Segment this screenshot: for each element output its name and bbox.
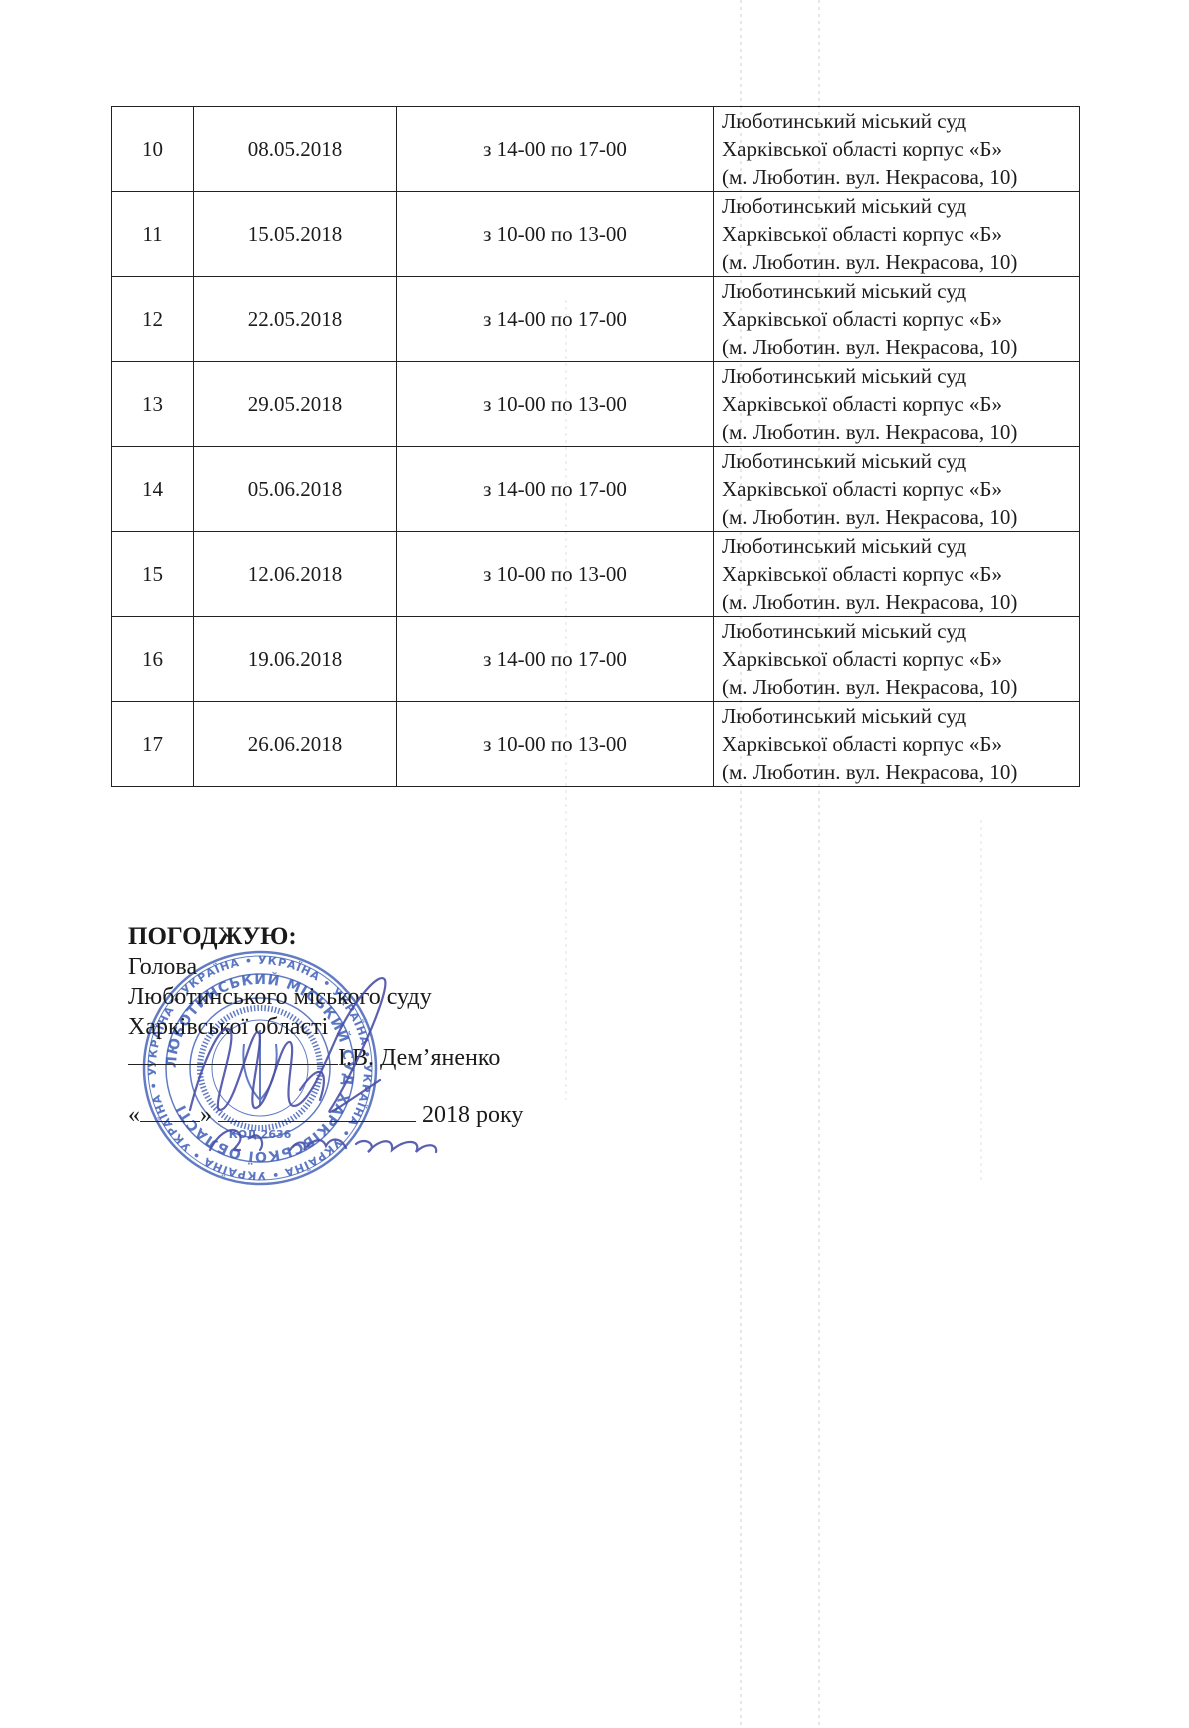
date-year: 2018 року xyxy=(422,1102,523,1128)
row-place: Люботинський міський судХарківської обла… xyxy=(714,617,1080,702)
place-line: Люботинський міський суд xyxy=(722,532,1079,560)
approval-title: ПОГОДЖУЮ: xyxy=(128,922,523,952)
row-time: з 10-00 по 13-00 xyxy=(397,532,714,617)
place-line: Люботинський міський суд xyxy=(722,192,1079,220)
date-open-quote: « xyxy=(128,1102,140,1128)
place-line: Люботинський міський суд xyxy=(722,447,1079,475)
row-place: Люботинський міський судХарківської обла… xyxy=(714,362,1080,447)
row-date: 22.05.2018 xyxy=(194,277,397,362)
signature-line xyxy=(128,1042,338,1065)
row-number: 11 xyxy=(112,192,194,277)
place-line: Люботинський міський суд xyxy=(722,277,1079,305)
row-place: Люботинський міський судХарківської обла… xyxy=(714,107,1080,192)
position-line-1: Голова xyxy=(128,952,523,982)
table-row: 1512.06.2018з 10-00 по 13-00Люботинський… xyxy=(112,532,1080,617)
scan-streak xyxy=(980,820,982,1180)
date-day-line xyxy=(140,1099,200,1122)
place-line: Харківської області корпус «Б» xyxy=(722,560,1079,588)
place-line: (м. Люботин. вул. Некрасова, 10) xyxy=(722,418,1079,446)
row-place: Люботинський міський судХарківської обла… xyxy=(714,702,1080,787)
place-line: (м. Люботин. вул. Некрасова, 10) xyxy=(722,758,1079,786)
place-line: Харківської області корпус «Б» xyxy=(722,135,1079,163)
schedule-body: 1008.05.2018з 14-00 по 17-00Люботинський… xyxy=(112,107,1080,787)
place-line: Харківської області корпус «Б» xyxy=(722,475,1079,503)
approval-block: ПОГОДЖУЮ: Голова Люботинського міського … xyxy=(128,922,523,1130)
row-number: 12 xyxy=(112,277,194,362)
place-line: (м. Люботин. вул. Некрасова, 10) xyxy=(722,588,1079,616)
place-line: (м. Люботин. вул. Некрасова, 10) xyxy=(722,503,1079,531)
row-date: 29.05.2018 xyxy=(194,362,397,447)
place-line: Люботинський міський суд xyxy=(722,702,1079,730)
row-date: 12.06.2018 xyxy=(194,532,397,617)
place-line: (м. Люботин. вул. Некрасова, 10) xyxy=(722,673,1079,701)
place-line: Люботинський міський суд xyxy=(722,107,1079,135)
row-date: 19.06.2018 xyxy=(194,617,397,702)
table-row: 1115.05.2018з 10-00 по 13-00Люботинський… xyxy=(112,192,1080,277)
row-number: 14 xyxy=(112,447,194,532)
table-row: 1405.06.2018з 14-00 по 17-00Люботинський… xyxy=(112,447,1080,532)
row-date: 26.06.2018 xyxy=(194,702,397,787)
row-time: з 14-00 по 17-00 xyxy=(397,107,714,192)
row-place: Люботинський міський судХарківської обла… xyxy=(714,277,1080,362)
place-line: Люботинський міський суд xyxy=(722,362,1079,390)
row-number: 17 xyxy=(112,702,194,787)
table-row: 1222.05.2018з 14-00 по 17-00Люботинський… xyxy=(112,277,1080,362)
place-line: (м. Люботин. вул. Некрасова, 10) xyxy=(722,163,1079,191)
row-date: 15.05.2018 xyxy=(194,192,397,277)
row-number: 15 xyxy=(112,532,194,617)
table-row: 1726.06.2018з 10-00 по 13-00Люботинський… xyxy=(112,702,1080,787)
table-row: 1329.05.2018з 10-00 по 13-00Люботинський… xyxy=(112,362,1080,447)
row-time: з 10-00 по 13-00 xyxy=(397,192,714,277)
row-time: з 14-00 по 17-00 xyxy=(397,617,714,702)
table-row: 1008.05.2018з 14-00 по 17-00Люботинський… xyxy=(112,107,1080,192)
row-number: 16 xyxy=(112,617,194,702)
position-line-2: Люботинського міського суду xyxy=(128,982,523,1012)
place-line: (м. Люботин. вул. Некрасова, 10) xyxy=(722,333,1079,361)
row-time: з 14-00 по 17-00 xyxy=(397,277,714,362)
place-line: Харківської області корпус «Б» xyxy=(722,730,1079,758)
row-place: Люботинський міський судХарківської обла… xyxy=(714,532,1080,617)
place-line: Харківської області корпус «Б» xyxy=(722,645,1079,673)
schedule-table: 1008.05.2018з 14-00 по 17-00Люботинський… xyxy=(111,106,1080,787)
place-line: Люботинський міський суд xyxy=(722,617,1079,645)
row-time: з 10-00 по 13-00 xyxy=(397,702,714,787)
place-line: (м. Люботин. вул. Некрасова, 10) xyxy=(722,248,1079,276)
signatory-name: І.В. Дем’яненко xyxy=(338,1045,500,1071)
date-month-line xyxy=(218,1099,416,1122)
place-line: Харківської області корпус «Б» xyxy=(722,390,1079,418)
signature-row: І.В. Дем’яненко xyxy=(128,1042,523,1073)
row-date: 05.06.2018 xyxy=(194,447,397,532)
table-row: 1619.06.2018з 14-00 по 17-00Люботинський… xyxy=(112,617,1080,702)
row-place: Люботинський міський судХарківської обла… xyxy=(714,192,1080,277)
row-number: 10 xyxy=(112,107,194,192)
row-time: з 10-00 по 13-00 xyxy=(397,362,714,447)
row-time: з 14-00 по 17-00 xyxy=(397,447,714,532)
date-close-quote: » xyxy=(200,1102,212,1128)
date-row: «» 2018 року xyxy=(128,1099,523,1130)
row-place: Люботинський міський судХарківської обла… xyxy=(714,447,1080,532)
row-date: 08.05.2018 xyxy=(194,107,397,192)
position-line-3: Харківської області xyxy=(128,1012,523,1042)
row-number: 13 xyxy=(112,362,194,447)
place-line: Харківської області корпус «Б» xyxy=(722,220,1079,248)
place-line: Харківської області корпус «Б» xyxy=(722,305,1079,333)
